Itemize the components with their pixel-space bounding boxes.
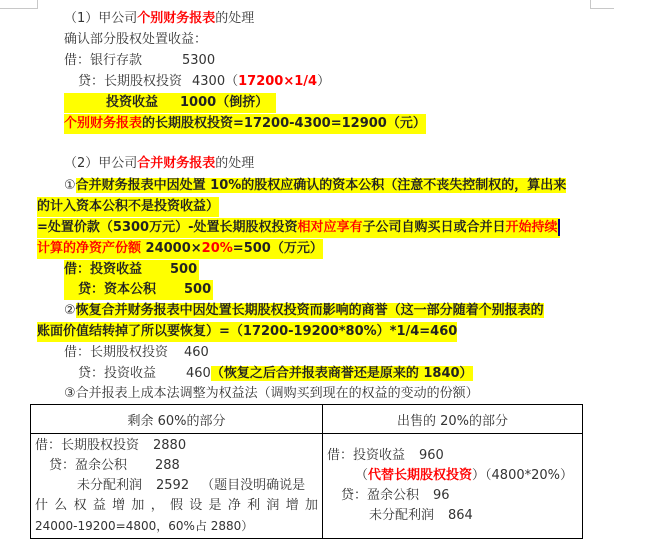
paren: （ xyxy=(355,468,368,483)
entry-value: 864 xyxy=(448,508,473,523)
header-remaining-60: 剩余 60%的部分 xyxy=(31,405,323,434)
entry-note: （题目没明确说是 xyxy=(201,478,305,493)
cell-sold-20: 借：投资收益960 （代替长期股权投资）（4800*20%） 贷：盈余公积96 … xyxy=(323,434,583,539)
note-red-text: 代替长期股权投资 xyxy=(368,468,472,483)
entry-value: 2880 xyxy=(153,438,186,453)
item3-line: ③合并报表上成本法调整为权益法（调购买到现在的权益的变动的份额） xyxy=(64,384,479,404)
entry-label: 借：长期股权投资 xyxy=(35,438,139,453)
adjustment-table: 剩余 60%的部分 出售的 20%的部分 借：长期股权投资2880 贷：盈余公积… xyxy=(30,404,583,539)
entry-label: 未分配利润 xyxy=(369,508,434,523)
formula-text: 24000× xyxy=(141,241,202,256)
entry-label: 贷：盈余公积 xyxy=(49,458,127,473)
debit-bank-line: 借：银行存款5300 xyxy=(64,51,215,71)
entry-label: 贷：长期股权投资 xyxy=(78,74,182,89)
table-row: 借：长期股权投资2880 贷：盈余公积288 未分配利润2592（题目没明确说是… xyxy=(31,434,583,539)
summary-text: 的长期股权投资=17200-4300=12900（元） xyxy=(142,116,426,131)
formula-line2: 计算的净资产份额 24000×20%=500（万元） xyxy=(37,239,323,259)
entry-note: ）（4800*20%） xyxy=(472,468,573,483)
heading-text: 的处理 xyxy=(215,156,254,171)
entry-value: 2592 xyxy=(156,478,189,493)
paren: ） xyxy=(317,74,330,89)
item-marker: ② xyxy=(64,303,76,318)
heading-red-text: 合并财务报表 xyxy=(137,156,215,171)
table-header-row: 剩余 60%的部分 出售的 20%的部分 xyxy=(31,405,583,434)
investment-income-line: 投资收益1000（倒挤） xyxy=(64,93,276,113)
formula-line1: =处置价款（5300万元）-处置长期股权投资相对应享有子公司自购买日或合并日开始… xyxy=(37,218,560,238)
summary-line: 个别财务报表的长期股权投资=17200-4300=12900（元） xyxy=(64,114,426,134)
entry-label: 借：长期股权投资 xyxy=(64,345,168,360)
entry-label: 贷：盈余公积 xyxy=(341,488,419,503)
item2-line1: ②恢复合并财务报表中因处置长期股权投资而影响的商誉（这一部分随着个别报表的 xyxy=(64,301,544,321)
entry-value: 96 xyxy=(433,488,450,503)
entry-value: 288 xyxy=(155,458,180,473)
cell-line: 借：长期股权投资2880 xyxy=(35,436,318,456)
entry-label: 贷：投资收益 xyxy=(78,366,156,381)
item1-line1: ①合并财务报表中因处置 10%的股权应确认的资本公积（注意不丧失控制权的，算出来 xyxy=(64,176,566,196)
entry-note: （恢复之后合并报表商誉还是原来的 1840） xyxy=(211,366,473,381)
confirm-line: 确认部分股权处置收益： xyxy=(64,30,207,50)
page-corner-mark-left xyxy=(0,0,38,9)
cell-line: 贷：盈余公积288 xyxy=(35,456,318,476)
entry-label: 未分配利润 xyxy=(77,478,142,493)
entry-value: 960 xyxy=(419,448,444,463)
heading-red-text: 个别财务报表 xyxy=(137,11,215,26)
entry-label: 借：投资收益 xyxy=(64,262,142,277)
text-cursor xyxy=(558,219,560,236)
entry-value: 4300（ xyxy=(192,74,238,89)
cell-line: 未分配利润2592（题目没明确说是 xyxy=(35,476,318,496)
entry-label: 借：投资收益 xyxy=(327,448,405,463)
entry-label: 贷：资本公积 xyxy=(78,282,156,297)
formula-red-text: 20% xyxy=(202,241,233,256)
credit-ltei-line: 贷：长期股权投资4300（17200×1/4） xyxy=(78,72,330,92)
entry-value: 500 xyxy=(170,262,197,277)
entry1-debit-line: 借：投资收益500 xyxy=(64,260,199,280)
cell-line: 24000-19200=4800，60%占 2880） xyxy=(35,516,318,536)
header-sold-20: 出售的 20%的部分 xyxy=(323,405,583,434)
summary-red-text: 个别财务报表 xyxy=(64,116,142,131)
formula-red: 17200×1/4 xyxy=(238,74,317,89)
item-text: 恢复合并财务报表中因处置长期股权投资而影响的商誉（这一部分随着个别报表的 xyxy=(76,303,544,318)
entry-value: 5300 xyxy=(182,53,215,68)
heading-text: （1）甲公司 xyxy=(64,11,137,26)
cell-remaining-60: 借：长期股权投资2880 贷：盈余公积288 未分配利润2592（题目没明确说是… xyxy=(31,434,323,539)
part1-heading: （1）甲公司个别财务报表的处理 xyxy=(64,9,254,29)
item2-line2: 账面价值结转掉了所以要恢复）=（17200-19200*80%）*1/4=460 xyxy=(37,322,457,342)
item-marker: ① xyxy=(64,178,76,193)
entry-value: 1000（倒挤） xyxy=(180,95,268,110)
cell-line: 贷：盈余公积96 xyxy=(327,486,578,506)
heading-text: （2）甲公司 xyxy=(64,156,137,171)
formula-red-text: 计算的净资产份额 xyxy=(37,241,141,256)
entry1-credit-line: 贷：资本公积500 xyxy=(64,280,213,300)
cell-line: （代替长期股权投资）（4800*20%） xyxy=(327,466,578,486)
entry-value: 460 xyxy=(184,345,209,360)
entry-value: 460 xyxy=(186,366,211,381)
cell-line: 借：投资收益960 xyxy=(327,446,578,466)
entry-label: 投资收益 xyxy=(106,95,158,110)
formula-text: =处置价款（5300万元）-处置长期股权投资 xyxy=(37,220,297,235)
formula-text: 子公司自购买日或合并日 xyxy=(363,220,506,235)
cell-line: 什么权益增加，假设是净利润增加 xyxy=(35,496,318,516)
item-text: 合并财务报表中因处置 10%的股权应确认的资本公积（注意不丧失控制权的，算出来 xyxy=(76,178,567,193)
entry2-debit-line: 借：长期股权投资460 xyxy=(64,343,209,363)
item1-line2: 的计入资本公积不是投资收益） xyxy=(37,197,219,217)
entry-label: 借：银行存款 xyxy=(64,53,142,68)
heading-text: 的处理 xyxy=(215,11,254,26)
formula-text: =500（万元） xyxy=(233,241,323,256)
formula-red-text: 开始持续 xyxy=(506,220,558,235)
cell-line: 未分配利润864 xyxy=(327,506,578,526)
page-corner-mark-right xyxy=(590,0,614,9)
formula-red-text: 相对应享有 xyxy=(297,220,362,235)
entry2-credit-line: 贷：投资收益460（恢复之后合并报表商誉还是原来的 1840） xyxy=(78,364,473,384)
part2-heading: （2）甲公司合并财务报表的处理 xyxy=(64,154,254,174)
entry-value: 500 xyxy=(184,282,211,297)
